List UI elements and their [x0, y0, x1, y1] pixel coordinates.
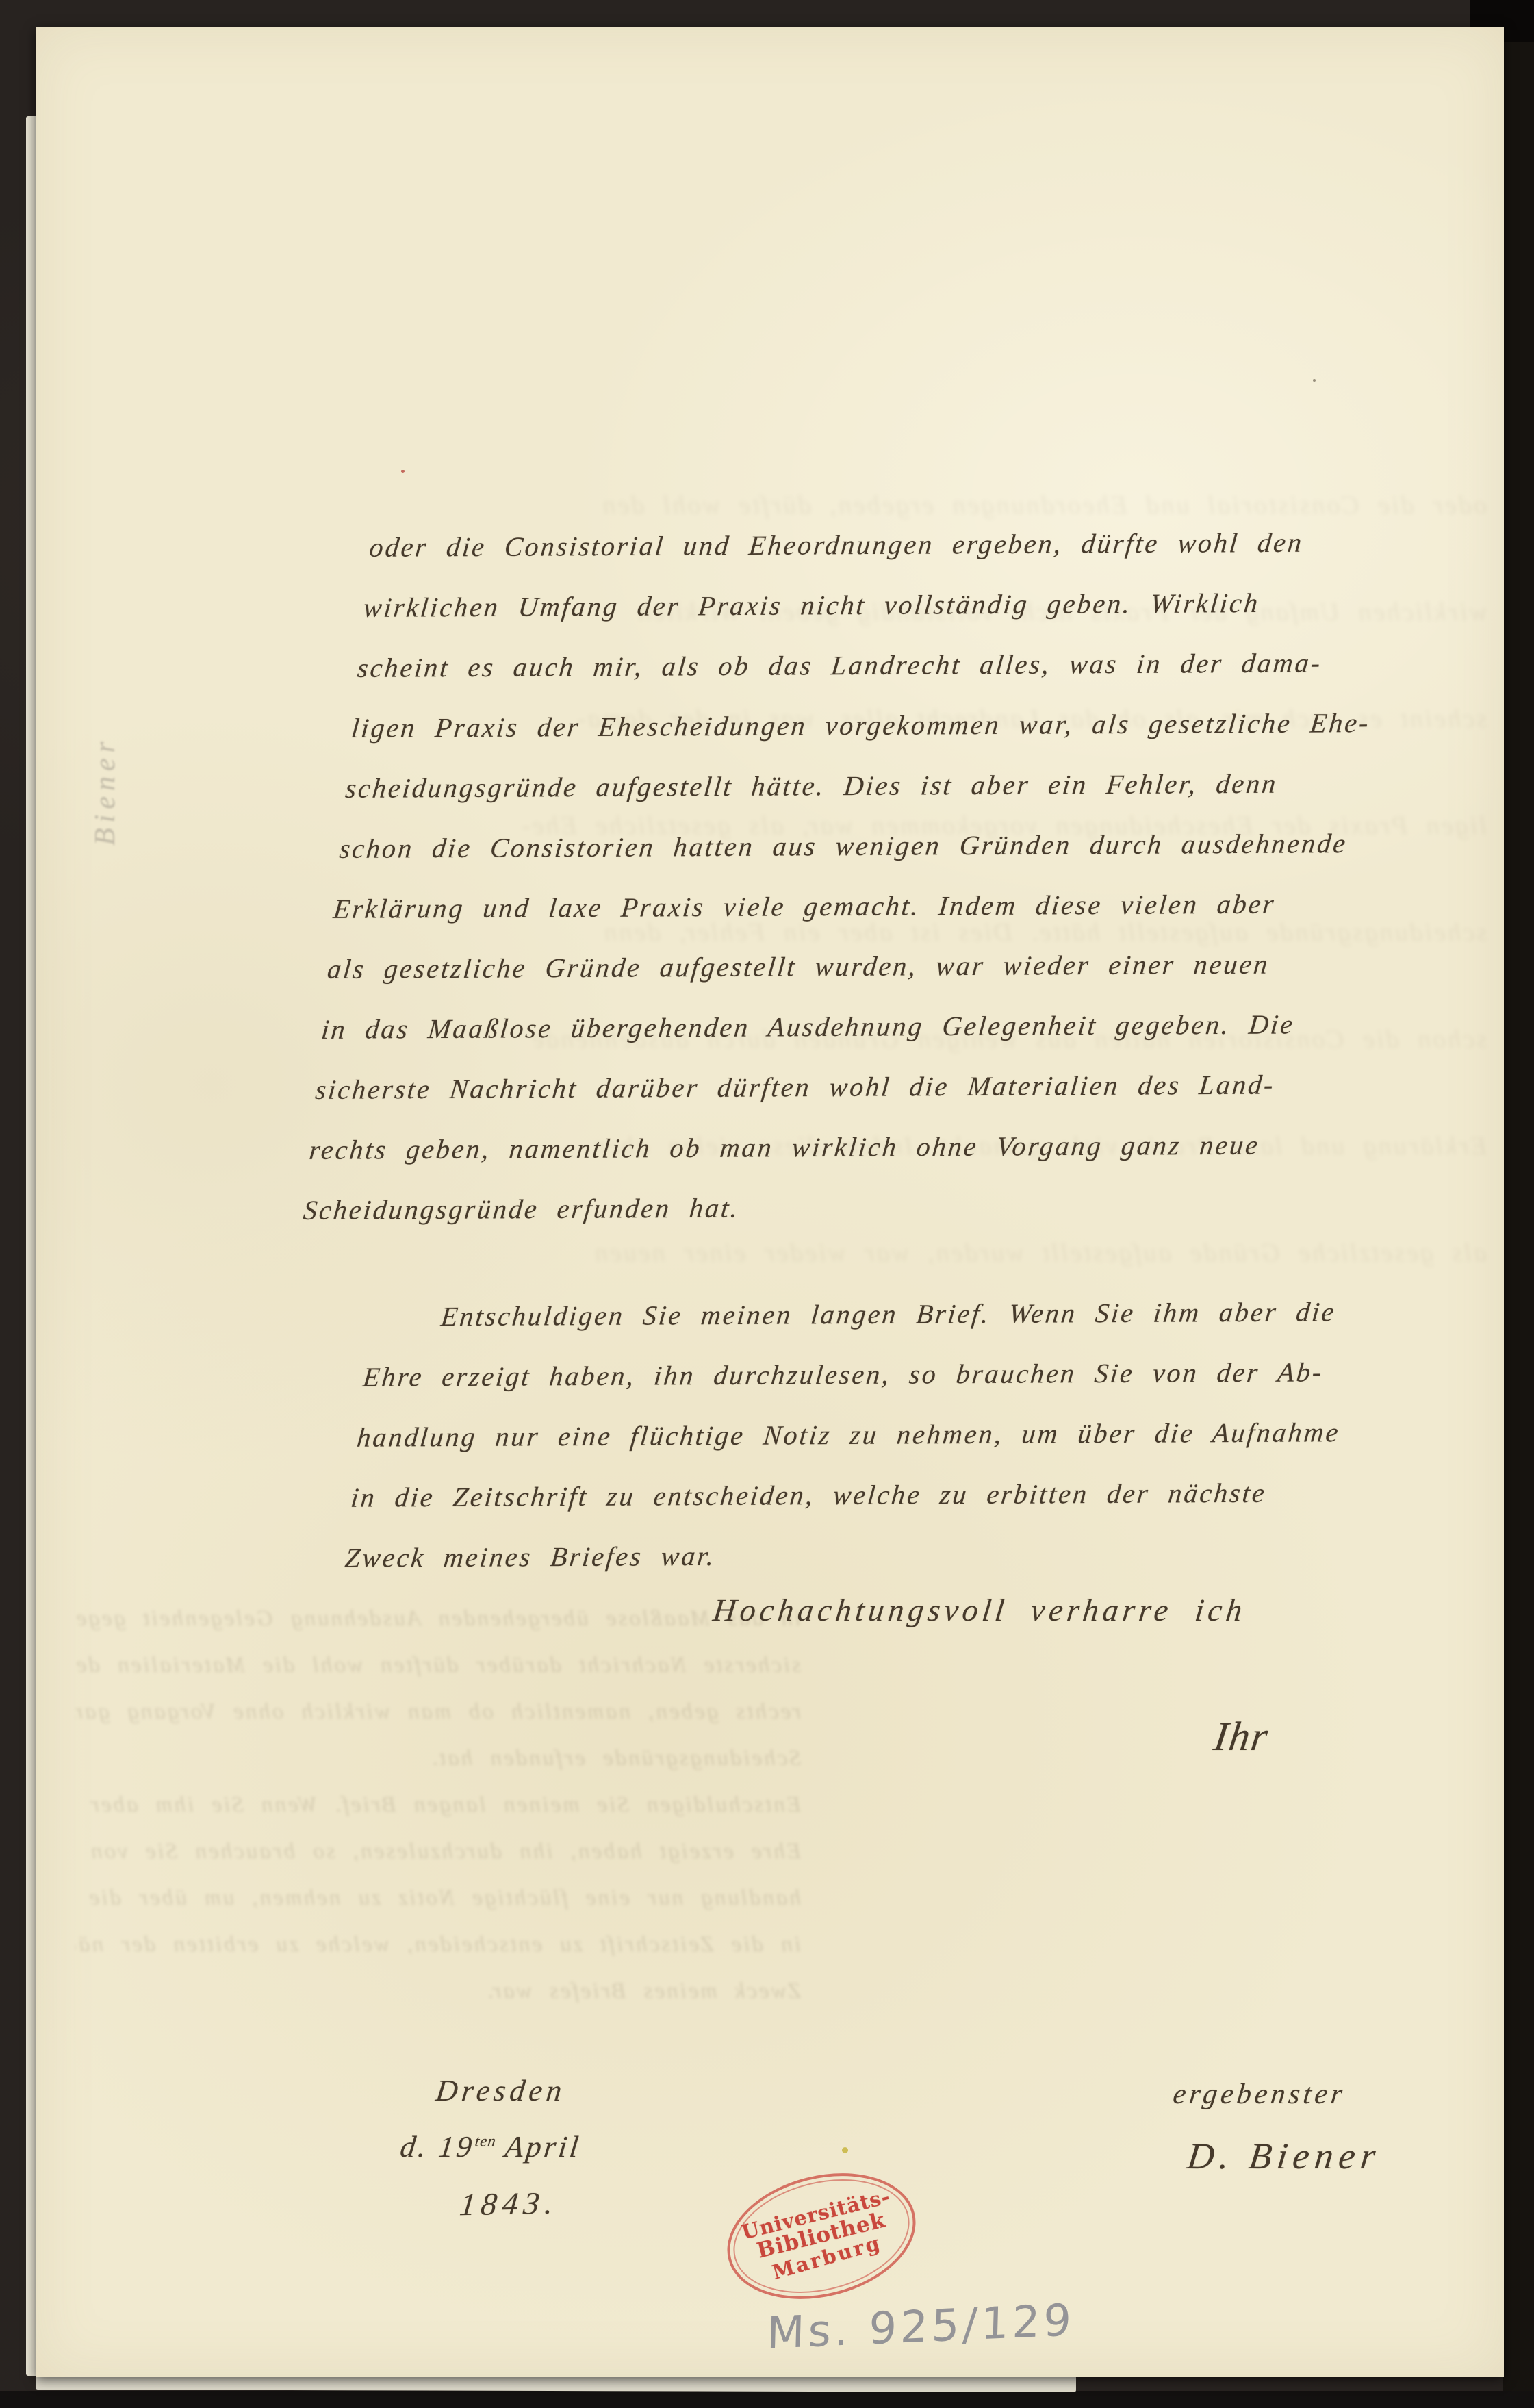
- handwritten-line: Entschuldigen Sie meinen langen Brief. W…: [366, 1282, 1355, 1347]
- handwritten-line: handlung nur eine flüchtige Notiz zu neh…: [354, 1402, 1343, 1468]
- handwritten-line: Scheidungsgründe erfunden hat.: [301, 1175, 1325, 1241]
- stamp-line-3: Marburg: [751, 2227, 903, 2289]
- bleedthrough-line: handlung nur eine flüchtige Notiz zu neh…: [75, 1875, 801, 1921]
- bleedthrough-line: sicherste Nachricht darüber dürften wohl…: [75, 1642, 801, 1688]
- bleedthrough-line: in das Maaßlose übergehenden Ausdehnung …: [75, 1595, 801, 1642]
- handwritten-line: Ehre erzeigt haben, ihn durchzulesen, so…: [360, 1342, 1349, 1408]
- margin-pencil-note: Biener: [89, 572, 122, 846]
- handwritten-line: oder die Consistorial und Eheordnungen e…: [367, 512, 1392, 578]
- letter-page: oder die Consistorial und Eheordnungen e…: [36, 27, 1504, 2377]
- bleedthrough-text-lower: in das Maaßlose übergehenden Ausdehnung …: [75, 1595, 801, 2033]
- bleedthrough-line: in die Zeitschrift zu entscheiden, welch…: [75, 1921, 801, 1968]
- date-month: April: [503, 2130, 583, 2164]
- photo-mat: oder die Consistorial und Eheordnungen e…: [0, 0, 1534, 2408]
- paper-speck: [1313, 379, 1316, 382]
- handwritten-line: sicherste Nachricht darüber dürften wohl…: [312, 1054, 1337, 1120]
- date-line: d. 19ten April: [398, 2129, 583, 2164]
- handwritten-line: in das Maaßlose übergehenden Ausdehnung …: [318, 994, 1343, 1060]
- bleedthrough-line: Entschuldigen Sie meinen langen Brief. W…: [75, 1782, 801, 1828]
- letter-body-paragraph-2: Entschuldigen Sie meinen langen Brief. W…: [342, 1282, 1355, 1588]
- bleedthrough-line: Zweck meines Briefes war.: [75, 1968, 801, 2014]
- date-day: d. 19: [398, 2130, 476, 2164]
- bleedthrough-line: Ehre erzeigt haben, ihn durchzulesen, so…: [75, 1828, 801, 1875]
- paper-speck: [842, 2147, 848, 2153]
- handwritten-line: als gesetzliche Gründe aufgestellt wurde…: [324, 934, 1349, 1000]
- year-line: 1843.: [458, 2185, 560, 2222]
- closing-pronoun: Ihr: [1211, 1713, 1272, 1760]
- letter-body-paragraph-1: oder die Consistorial und Eheordnungen e…: [301, 512, 1391, 1241]
- mat-right-band: [1503, 0, 1534, 2408]
- handwritten-line: scheint es auch mir, als ob das Landrech…: [355, 633, 1379, 698]
- handwritten-line: ligen Praxis der Ehescheidungen vorgekom…: [348, 693, 1373, 759]
- handwritten-line: rechts geben, namentlich ob man wirklich…: [307, 1115, 1331, 1180]
- handwritten-line: in die Zeitschrift zu entscheiden, welch…: [348, 1462, 1337, 1528]
- bleedthrough-line: Scheidungsgründe erfunden hat.: [75, 1735, 801, 1782]
- handwritten-line: Zweck meines Briefes war.: [342, 1523, 1331, 1588]
- library-stamp-text: Universitäts- Bibliothek Marburg: [740, 2185, 904, 2286]
- letter-closing: Hochachtungsvoll verharre ich: [711, 1592, 1249, 1628]
- valediction-line: ergebenster: [1171, 2078, 1348, 2111]
- paper-speck: [401, 470, 405, 473]
- handwritten-line: wirklichen Umfang der Praxis nicht volls…: [361, 572, 1385, 638]
- handwritten-line: scheidungsgründe aufgestellt hätte. Dies…: [342, 753, 1367, 819]
- signature-name: D. Biener: [1185, 2135, 1383, 2177]
- bleedthrough-line: rechts geben, namentlich ob man wirklich…: [75, 1688, 801, 1735]
- mat-bottom-band: [0, 2391, 1534, 2408]
- handwritten-line: schon die Consistorien hatten aus wenige…: [337, 813, 1362, 879]
- date-ordinal-suffix: ten: [474, 2132, 498, 2149]
- place-line: Dresden: [434, 2073, 568, 2108]
- library-stamp: Universitäts- Bibliothek Marburg: [714, 2155, 929, 2318]
- shelfmark-pencil: Ms. 925/129: [766, 2295, 1075, 2359]
- handwritten-line: Erklärung und laxe Praxis viele gemacht.…: [331, 874, 1355, 939]
